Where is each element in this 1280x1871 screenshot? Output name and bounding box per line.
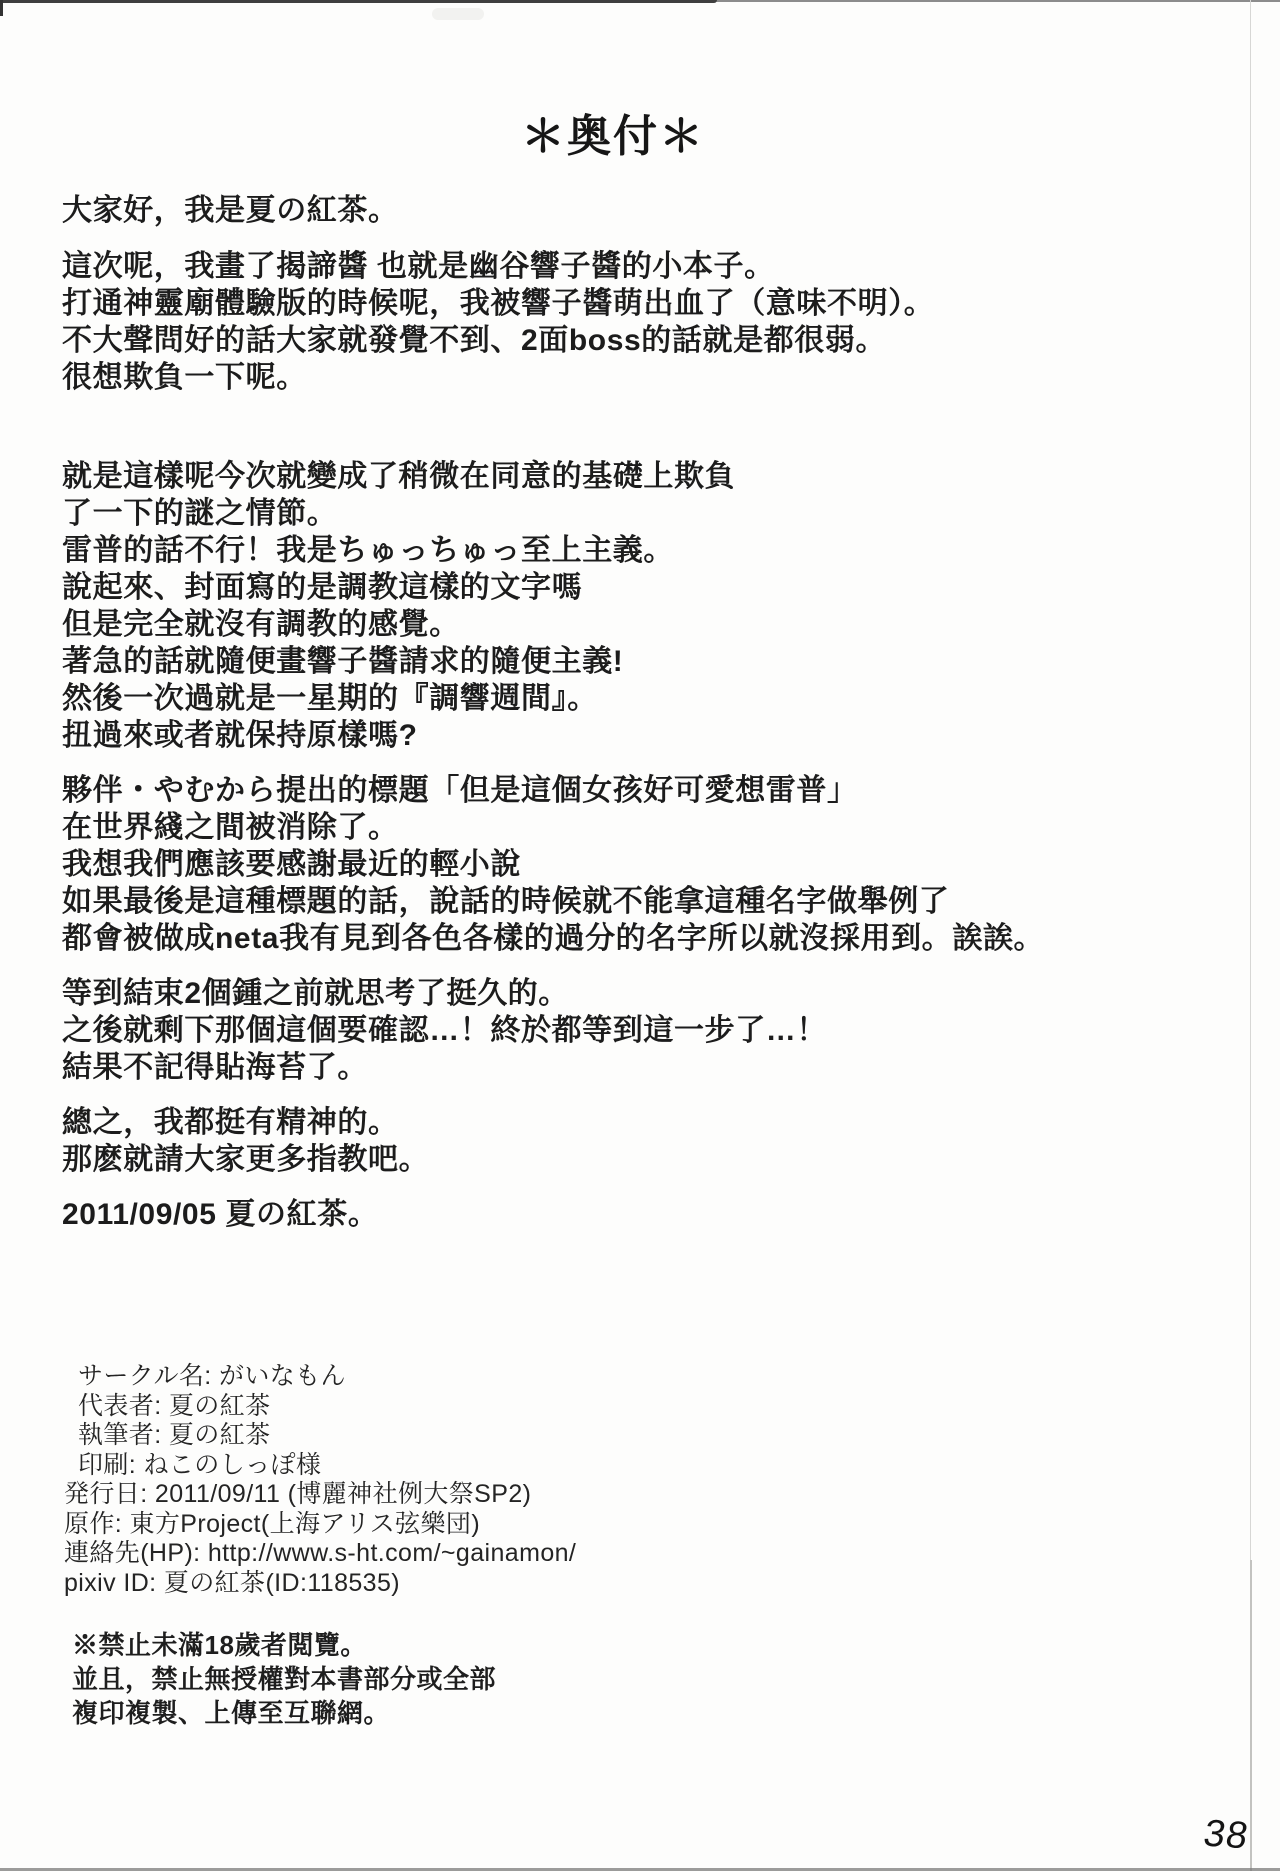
afterword-line: 著急的話就隨便畫響子醬請求的隨便主義! (62, 643, 735, 680)
afterword-line: 了一下的謎之情節。 (62, 495, 735, 532)
scan-corner-mark (0, 0, 3, 16)
colophon-printer: 印刷: ねこのしっぽ様 (64, 1451, 576, 1481)
colophon-pixiv-id: pixiv ID: 夏の紅茶(ID:118535) (64, 1569, 576, 1599)
afterword-paragraph-deadline: 等到結束2個鍾之前就思考了挺久的。 之後就剩下那個這個要確認…！終於都等到這一步… (62, 975, 827, 1086)
afterword-paragraph-intro: 這次呢，我畫了揭諦醬 也就是幽谷響子醬的小本子。 打通神靈廟體驗版的時候呢，我被… (62, 248, 934, 396)
afterword-paragraph-closing: 總之，我都挺有精神的。 那麽就請大家更多指教吧。 (62, 1104, 429, 1178)
colophon-circle-name: サークル名: がいなもん (64, 1362, 576, 1392)
afterword-line: 如果最後是這種標題的話，說話的時候就不能拿這種名字做舉例了 (62, 883, 1044, 920)
afterword-line: 說起來、封面寫的是調教這樣的文字嗎 (62, 569, 735, 606)
afterword-paragraph-story: 就是這樣呢今次就變成了稍微在同意的基礎上欺負 了一下的謎之情節。 雷普的話不行！… (62, 458, 735, 754)
afterword-line: 在世界綫之間被消除了。 (62, 809, 1044, 846)
colophon-block: サークル名: がいなもん 代表者: 夏の紅茶 執筆者: 夏の紅茶 印刷: ねこの… (64, 1362, 576, 1598)
scan-edge-top-dark (0, 0, 717, 3)
afterword-line: 扭過來或者就保持原樣嗎? (62, 717, 735, 754)
notice-line: ※禁止未滿18歲者閲覽。 (72, 1628, 496, 1662)
afterword-signature-date: 2011/09/05 夏の紅茶。 (62, 1196, 378, 1233)
afterword-line: 那麽就請大家更多指教吧。 (62, 1141, 429, 1178)
page-title: ＊奥付＊ (0, 100, 1226, 164)
scanned-afterword-page: ＊奥付＊ 大家好，我是夏の紅茶。 這次呢，我畫了揭諦醬 也就是幽谷響子醬的小本子… (0, 0, 1280, 1871)
colophon-contact-url: 連絡先(HP): http://www.s-ht.com/~gainamon/ (64, 1539, 576, 1569)
afterword-line: 然後一次過就是一星期的『調響週間』。 (62, 680, 735, 717)
afterword-line: 等到結束2個鍾之前就思考了挺久的。 (62, 975, 827, 1012)
afterword-line: 2011/09/05 夏の紅茶。 (62, 1196, 378, 1233)
colophon-representative: 代表者: 夏の紅茶 (64, 1392, 576, 1422)
afterword-line: 打通神靈廟體驗版的時候呢，我被響子醬萌出血了（意味不明）。 (62, 285, 934, 322)
scan-smudge (432, 8, 484, 20)
afterword-line: 就是這樣呢今次就變成了稍微在同意的基礎上欺負 (62, 458, 735, 495)
restriction-notice: ※禁止未滿18歲者閲覽。 並且，禁止無授權對本書部分或全部 複印複製、上傳至互聯… (72, 1628, 496, 1730)
afterword-line: 大家好，我是夏の紅茶。 (62, 192, 399, 229)
colophon-original-work: 原作: 東方Project(上海アリス弦樂団) (64, 1510, 576, 1540)
colophon-author: 執筆者: 夏の紅茶 (64, 1421, 576, 1451)
afterword-line: 很想欺負一下呢。 (62, 359, 934, 396)
afterword-line: 這次呢，我畫了揭諦醬 也就是幽谷響子醬的小本子。 (62, 248, 934, 285)
afterword-line: 都會被做成neta我有見到各色各樣的過分的名字所以就沒採用到。誒誒。 (62, 920, 1044, 957)
page-number: 38 (1200, 1813, 1252, 1859)
afterword-paragraph-greeting: 大家好，我是夏の紅茶。 (62, 192, 399, 229)
afterword-line: 不大聲問好的話大家就發覺不到、2面boss的話就是都很弱。 (62, 322, 934, 359)
afterword-line: 總之，我都挺有精神的。 (62, 1104, 429, 1141)
afterword-line: 但是完全就沒有調教的感覺。 (62, 606, 735, 643)
notice-line: 並且，禁止無授權對本書部分或全部 (72, 1662, 496, 1696)
afterword-line: 夥伴・やむから提出的標題「但是這個女孩好可愛想雷普」 (62, 772, 1044, 809)
colophon-publish-date: 発行日: 2011/09/11 (博麗神社例大祭SP2) (64, 1480, 576, 1510)
afterword-line: 我想我們應該要感謝最近的輕小說 (62, 846, 1044, 883)
afterword-line: 之後就剩下那個這個要確認…！終於都等到這一步了…！ (62, 1012, 827, 1049)
afterword-line: 雷普的話不行！我是ちゅっちゅっ至上主義。 (62, 532, 735, 569)
notice-line: 複印複製、上傳至互聯網。 (72, 1696, 496, 1730)
afterword-line: 結果不記得貼海苔了。 (62, 1049, 827, 1086)
afterword-paragraph-title-talk: 夥伴・やむから提出的標題「但是這個女孩好可愛想雷普」 在世界綫之間被消除了。 我… (62, 772, 1044, 957)
